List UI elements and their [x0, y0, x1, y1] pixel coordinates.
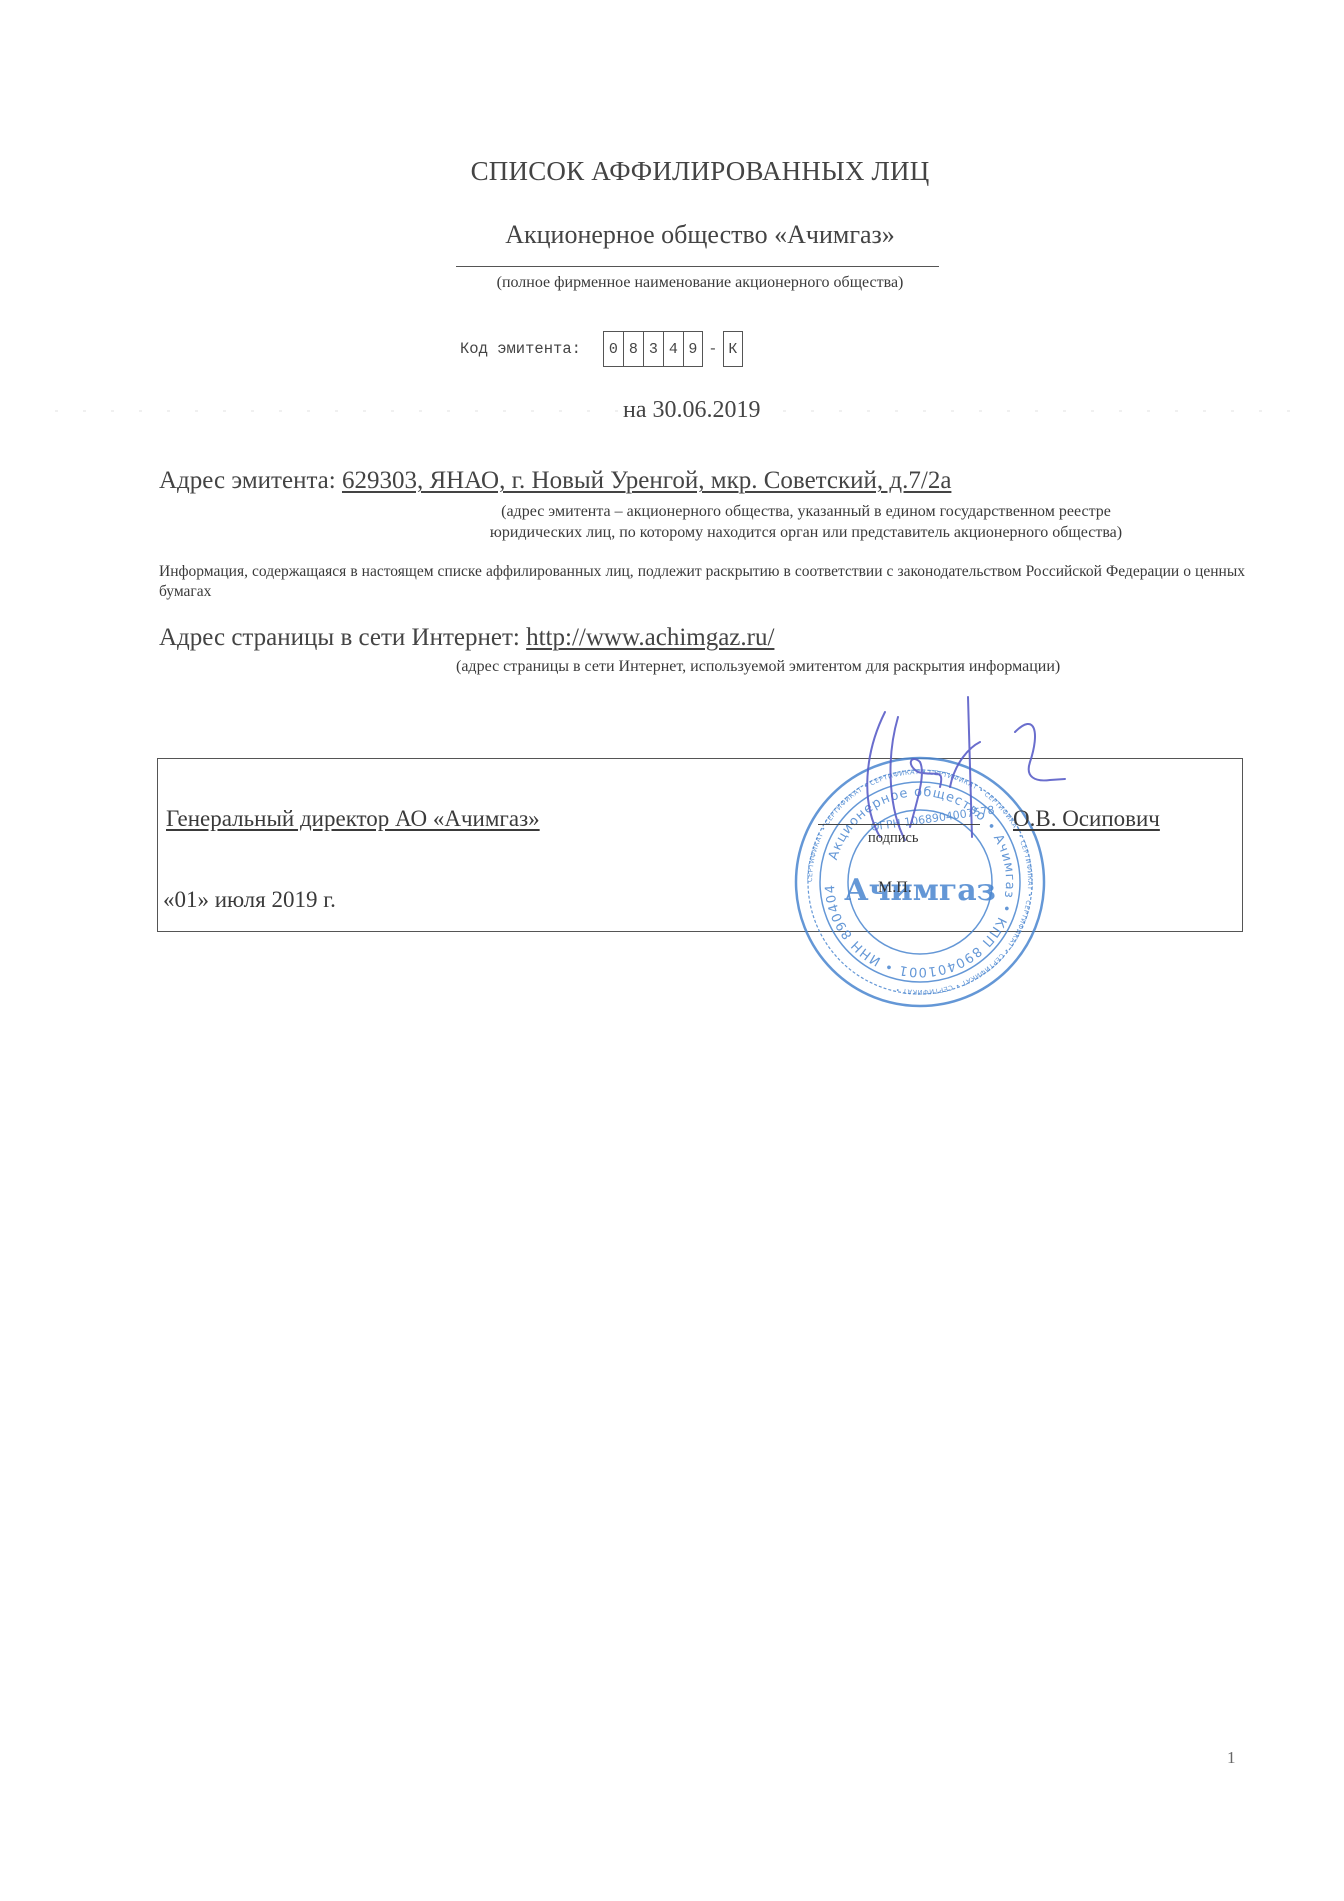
issuer-address-caption-line1: (адрес эмитента – акционерного общества,…: [453, 501, 1159, 522]
issuer-code-label: Код эмитента:: [460, 340, 581, 358]
page-number: 1: [1227, 1748, 1236, 1768]
company-name-rule: [456, 266, 939, 267]
signatory-name: О.В. Осипович: [1013, 806, 1160, 832]
issuer-code-boxes: 0 8 3 4 9 - К: [603, 331, 743, 367]
issuer-code-suffix: К: [723, 331, 743, 367]
signatory-position: Генеральный директор АО «Ачимгаз»: [166, 806, 540, 832]
company-name-caption: (полное фирменное наименование акционерн…: [0, 274, 1344, 292]
website-link[interactable]: http://www.achimgaz.ru/: [526, 624, 774, 651]
issuer-address-value: 629303, ЯНАО, г. Новый Уренгой, мкр. Сов…: [342, 467, 951, 494]
company-name: Акционерное общество «Ачимгаз»: [0, 220, 1344, 250]
issuer-code-row: Код эмитента: 0 8 3 4 9 - К: [460, 331, 743, 367]
signature-caption: подпись: [868, 830, 919, 847]
issuer-address-caption-line2: юридических лиц, по которому находится о…: [453, 522, 1159, 543]
issuer-code-digit: 3: [643, 331, 663, 367]
website-caption: (адрес страницы в сети Интернет, использ…: [456, 658, 1060, 676]
issuer-code-digit: 9: [683, 331, 703, 367]
issuer-code-digit: 8: [623, 331, 643, 367]
signature-line: [818, 824, 980, 825]
issuer-address-label: Адрес эмитента:: [159, 467, 336, 494]
as-of-date: на 30.06.2019: [623, 397, 761, 424]
date-signed: «01» июля 2019 г.: [163, 887, 336, 913]
website-line: Адрес страницы в сети Интернет: http://w…: [159, 624, 774, 652]
issuer-code-dash: -: [703, 341, 723, 358]
seal-label: М.П.: [878, 879, 912, 897]
website-label: Адрес страницы в сети Интернет:: [159, 624, 520, 651]
disclosure-notice: Информация, содержащаяся в настоящем спи…: [159, 562, 1245, 602]
issuer-address-caption: (адрес эмитента – акционерного общества,…: [453, 501, 1159, 543]
issuer-address-line: Адрес эмитента: 629303, ЯНАО, г. Новый У…: [159, 467, 951, 495]
issuer-code-digit: 0: [603, 331, 623, 367]
document-title: СПИСОК АФФИЛИРОВАННЫХ ЛИЦ: [0, 156, 1344, 187]
issuer-code-digit: 4: [663, 331, 683, 367]
